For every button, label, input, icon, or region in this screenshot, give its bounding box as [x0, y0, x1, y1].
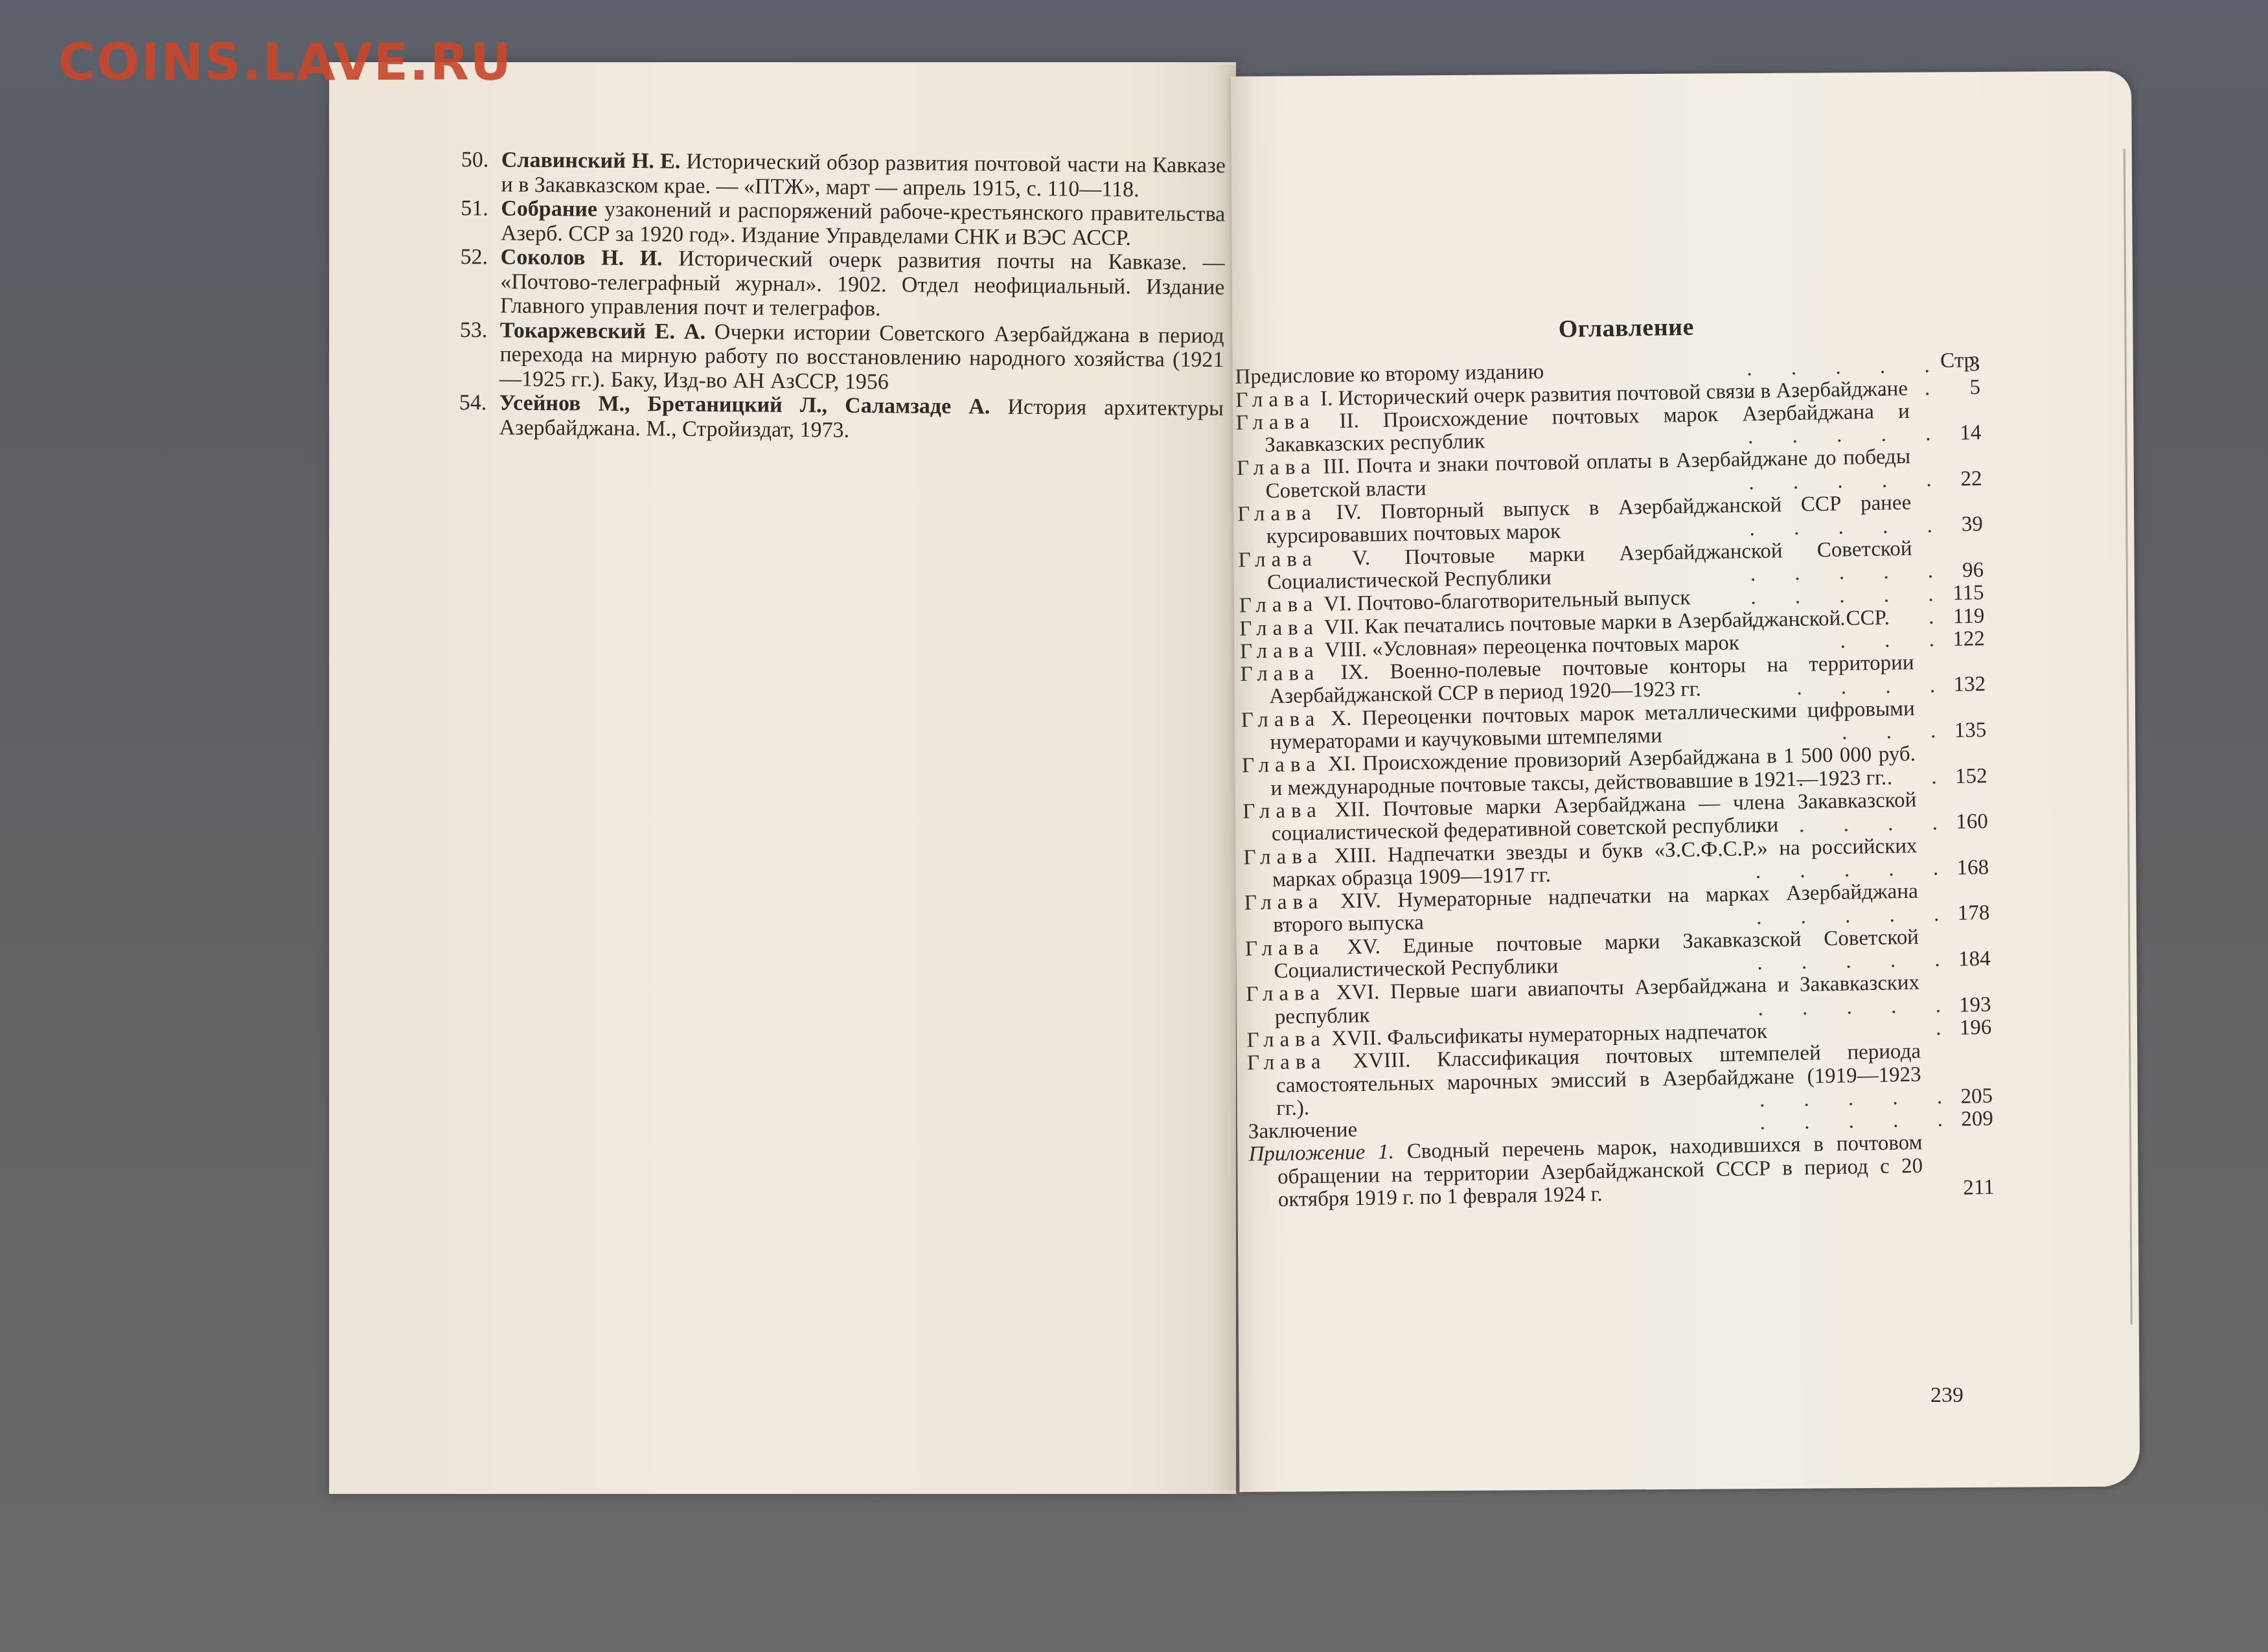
- entry-number: 52.: [461, 245, 488, 270]
- toc-page-number: 3: [1941, 353, 1980, 376]
- toc-page-number: 119: [1945, 604, 1985, 628]
- entry-number: 51.: [461, 196, 488, 221]
- toc-page-number: 196: [1953, 1016, 1992, 1040]
- toc-page-number: 22: [1943, 468, 1982, 491]
- toc-page-number: 205: [1954, 1085, 1993, 1108]
- toc-page-number: 184: [1951, 948, 1991, 971]
- bibliography-entry-50: 50. Славинский Н. Е. Исторический обзор …: [461, 148, 1226, 202]
- toc-page-number: 160: [1949, 810, 1988, 834]
- toc-page-number: 5: [1942, 376, 1981, 400]
- toc-page-number: 193: [1952, 993, 1991, 1016]
- bibliography-list: 50. Славинский Н. Е. Исторический обзор …: [459, 148, 1225, 445]
- bibliography-entry-52: 52. Соколов Н. И. Исторический очерк раз…: [460, 245, 1225, 324]
- entry-author: Собрание: [501, 196, 597, 221]
- bibliography-entry-51: 51. Собрание узаконений и распоряжений р…: [461, 196, 1226, 251]
- site-watermark: COINS.LAVE.RU: [58, 34, 512, 92]
- toc-entry-prefix: Глава: [1245, 936, 1325, 961]
- book-gutter: [1211, 65, 1257, 1490]
- entry-text: узаконений и распоряжений рабоче-крестья…: [501, 198, 1226, 250]
- entry-author: Усейнов М., Бретаницкий Л., Саламзаде А.: [499, 391, 991, 419]
- entry-author: Токаржевский Е. А.: [500, 318, 705, 343]
- toc-page-number: 132: [1947, 673, 1986, 696]
- bibliography-entry-54: 54. Усейнов М., Бретаницкий Л., Саламзад…: [459, 391, 1224, 445]
- table-of-contents: Оглавление Стр. Предисловие ко второму и…: [1234, 311, 1995, 1212]
- toc-entry-title: Заключение: [1248, 1118, 1358, 1143]
- toc-page-number: 178: [1951, 902, 1990, 925]
- entry-number: 50.: [461, 148, 489, 172]
- entry-number: 54.: [459, 391, 487, 415]
- toc-page-number: 96: [1945, 559, 1984, 582]
- toc-page-number: 152: [1948, 765, 1987, 788]
- toc-page-number: 211: [1955, 1176, 1995, 1200]
- toc-entry-prefix: Глава: [1246, 981, 1325, 1006]
- page-number-folio: 239: [1930, 1383, 1964, 1408]
- toc-entry-appendix: Приложение 1. Сводный перечень марок, на…: [1248, 1130, 1995, 1212]
- bibliography-entry-53: 53. Токаржевский Е. А. Очерки истории Со…: [459, 317, 1224, 396]
- toc-page-number: 39: [1943, 513, 1983, 536]
- toc-page-number: 14: [1942, 422, 1982, 445]
- entry-author: Соколов Н. И.: [501, 245, 663, 270]
- toc-entry: Глава XVIII. Классификация почтовых штем…: [1247, 1039, 1993, 1121]
- toc-entry-prefix: Глава: [1247, 1050, 1327, 1075]
- toc-page-number: 168: [1950, 856, 1989, 880]
- toc-page-number: 135: [1947, 719, 1987, 742]
- toc-entry-prefix: Приложение 1.: [1248, 1140, 1394, 1166]
- toc-page-number: 209: [1954, 1108, 1993, 1131]
- toc-page-number: 122: [1946, 628, 1986, 651]
- toc-entry-prefix: Глава: [1246, 1027, 1326, 1052]
- entry-author: Славинский Н. Е.: [501, 148, 681, 173]
- toc-page-number: 115: [1945, 582, 1984, 605]
- entry-number: 53.: [460, 317, 488, 342]
